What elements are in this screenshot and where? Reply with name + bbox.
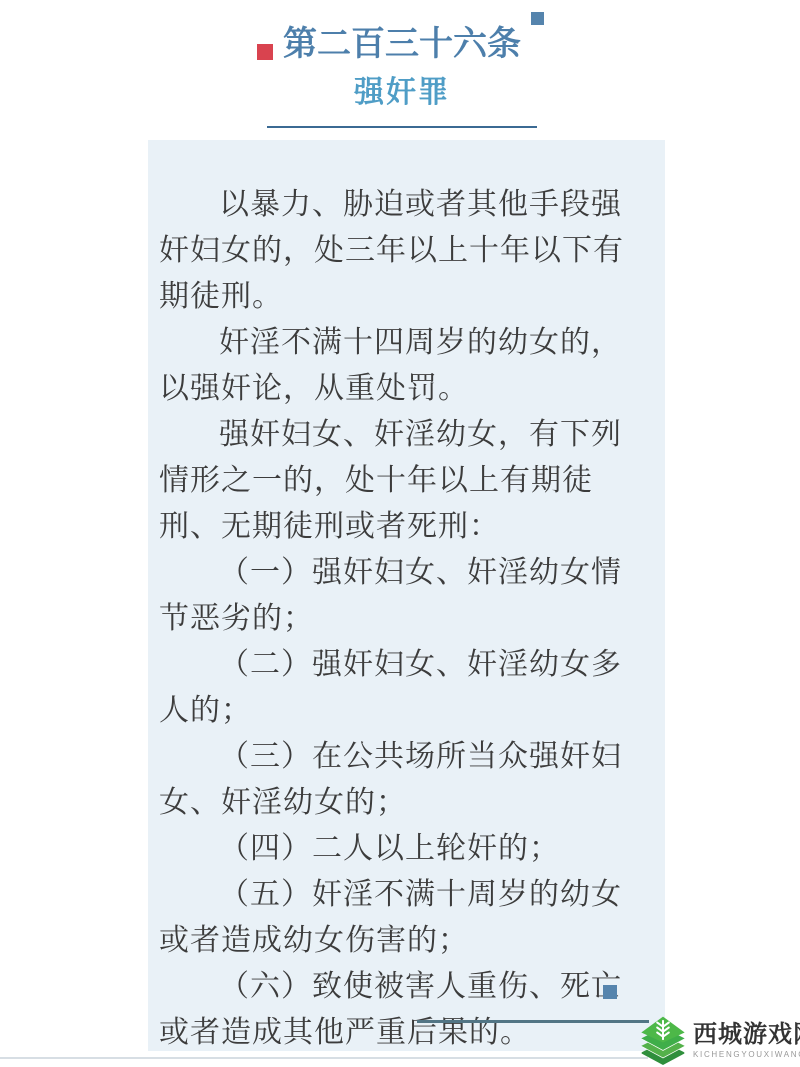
site-watermark: 西城游戏网 KICHENGYOUXIWANG [638,1015,800,1065]
article-content-box: 以暴力、胁迫或者其他手段强奸妇女的，处三年以上十年以下有期徒刑。奸淫不满十四周岁… [148,140,665,1051]
article-paragraph: （六）致使被害人重伤、死亡或者造成其他严重后果的。 [159,964,651,1056]
article-number: 第二百三十六条 [283,26,521,63]
article-paragraph: （二）强奸妇女、奸淫幼女多人的； [159,642,651,734]
article-paragraph: （五）奸淫不满十周岁的幼女或者造成幼女伤害的； [159,872,651,964]
title-divider [267,126,537,128]
article-body: 以暴力、胁迫或者其他手段强奸妇女的，处三年以上十年以下有期徒刑。奸淫不满十四周岁… [159,182,651,1056]
wheat-stack-logo-icon [638,1015,688,1065]
blue-square-decoration [531,12,544,25]
article-number-row: 第二百三十六条 [283,26,521,63]
watermark-romanization: KICHENGYOUXIWANG [693,1050,800,1059]
watermark-site-name: 西城游戏网 [693,1022,800,1047]
page: 第二百三十六条 强奸罪 以暴力、胁迫或者其他手段强奸妇女的，处三年以上十年以下有… [0,0,800,1067]
article-paragraph: （三）在公共场所当众强奸妇女、奸淫幼女的； [159,734,651,826]
article-paragraph: （一）强奸妇女、奸淫幼女情节恶劣的； [159,550,651,642]
article-paragraph: 以暴力、胁迫或者其他手段强奸妇女的，处三年以上十年以下有期徒刑。 [159,182,651,320]
article-paragraph: （四）二人以上轮奸的； [159,826,651,872]
red-square-decoration [257,44,273,60]
blue-square-end-decoration [603,985,617,999]
footer-divider [417,1020,649,1023]
article-paragraph: 强奸妇女、奸淫幼女，有下列情形之一的，处十年以上有期徒刑、无期徒刑或者死刑： [159,412,651,550]
watermark-text-block: 西城游戏网 KICHENGYOUXIWANG [693,1022,800,1059]
article-header: 第二百三十六条 强奸罪 [2,0,800,128]
bottom-edge-line [0,1057,648,1059]
article-title: 强奸罪 [2,76,800,109]
article-paragraph: 奸淫不满十四周岁的幼女的，以强奸论，从重处罚。 [159,320,651,412]
